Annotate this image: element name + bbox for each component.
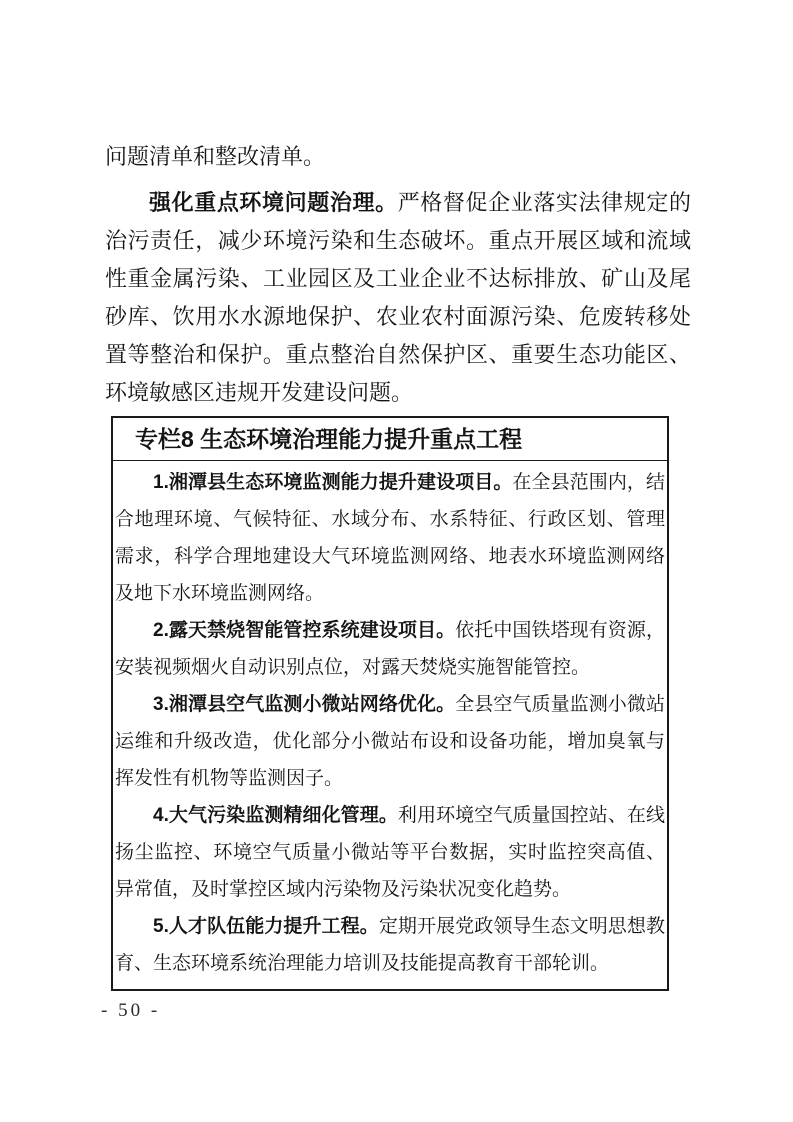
callout-item-5: 5.人才队伍能力提升工程。定期开展党政领导生态文明思想教育、生态环境系统治理能力… (115, 908, 665, 982)
callout-item-3-lead: 3.湘潭县空气监测小微站网络优化。 (153, 694, 455, 715)
paragraph-main: 强化重点环境问题治理。严格督促企业落实法律规定的治污责任，减少环境污染和生态破坏… (105, 184, 691, 412)
callout-box: 专栏8 生态环境治理能力提升重点工程 1.湘潭县生态环境监测能力提升建设项目。在… (111, 416, 669, 991)
callout-item-1-lead: 1.湘潭县生态环境监测能力提升建设项目。 (153, 472, 512, 493)
paragraph-continuation: 问题清单和整改清单。 (105, 138, 691, 176)
callout-item-2-lead: 2.露天禁烧智能管控系统建设项目。 (153, 620, 455, 641)
page-number: - 50 - (101, 1000, 160, 1022)
callout-item-4: 4.大气污染监测精细化管理。利用环境空气质量国控站、在线扬尘监控、环境空气质量小… (115, 797, 665, 908)
paragraph-main-text: 严格督促企业落实法律规定的治污责任，减少环境污染和生态破坏。重点开展区域和流域性… (105, 190, 691, 405)
paragraph-main-lead: 强化重点环境问题治理。 (149, 190, 398, 215)
callout-item-1: 1.湘潭县生态环境监测能力提升建设项目。在全县范围内，结合地理环境、气候特征、水… (115, 464, 665, 612)
callout-box-title: 专栏8 生态环境治理能力提升重点工程 (113, 418, 667, 461)
callout-item-4-lead: 4.大气污染监测精细化管理。 (153, 805, 398, 826)
callout-item-2: 2.露天禁烧智能管控系统建设项目。依托中国铁塔现有资源，安装视频烟火自动识别点位… (115, 612, 665, 686)
callout-item-5-lead: 5.人才队伍能力提升工程。 (153, 916, 379, 937)
callout-box-body: 1.湘潭县生态环境监测能力提升建设项目。在全县范围内，结合地理环境、气候特征、水… (113, 461, 667, 988)
callout-item-3: 3.湘潭县空气监测小微站网络优化。全县空气质量监测小微站运维和升级改造，优化部分… (115, 686, 665, 797)
document-content: 问题清单和整改清单。 强化重点环境问题治理。严格督促企业落实法律规定的治污责任，… (105, 138, 691, 991)
document-page: 问题清单和整改清单。 强化重点环境问题治理。严格督促企业落实法律规定的治污责任，… (0, 0, 793, 1122)
